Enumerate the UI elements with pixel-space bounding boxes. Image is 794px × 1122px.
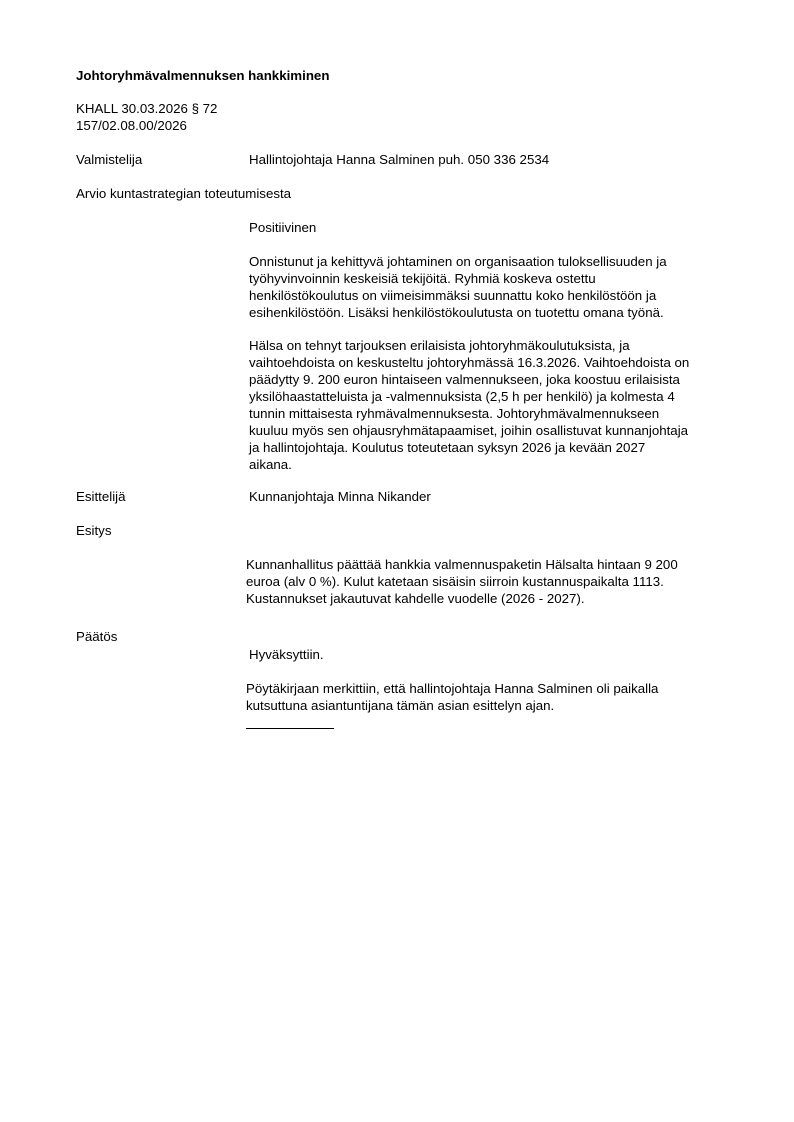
strategy-paragraph: Onnistunut ja kehittyvä johtaminen on or… bbox=[249, 253, 667, 321]
strategy-value: Positiivinen bbox=[249, 219, 316, 236]
meeting-reference: KHALL 30.03.2026 § 72 bbox=[76, 100, 217, 117]
paragraph-line: Hälsa on tehnyt tarjouksen erilaisista j… bbox=[249, 337, 689, 354]
paragraph-line: aikana. bbox=[249, 456, 689, 473]
paragraph-line: Onnistunut ja kehittyvä johtaminen on or… bbox=[249, 253, 667, 270]
decision-value: Hyväksyttiin. bbox=[249, 646, 324, 663]
presenter-label: Esittelijä bbox=[76, 488, 126, 505]
preparer-label: Valmistelija bbox=[76, 151, 142, 168]
paragraph-line: yksilöhaastatteluista ja -valmennuksista… bbox=[249, 388, 689, 405]
paragraph-line: ja hallintojohtaja. Koulutus toteutetaan… bbox=[249, 439, 689, 456]
paragraph-line: Pöytäkirjaan merkittiin, että hallintojo… bbox=[246, 680, 658, 697]
document-title: Johtoryhmävalmennuksen hankkiminen bbox=[76, 67, 329, 84]
presenter-value: Kunnanjohtaja Minna Nikander bbox=[249, 488, 431, 505]
paragraph-line: työhyvinvoinnin keskeisiä tekijöitä. Ryh… bbox=[249, 270, 667, 287]
proposal-paragraph: Kunnanhallitus päättää hankkia valmennus… bbox=[246, 556, 678, 607]
paragraph-line: esihenkilöstöön. Lisäksi henkilöstökoulu… bbox=[249, 304, 667, 321]
paragraph-line: henkilöstökoulutus on viimeisimmäksi suu… bbox=[249, 287, 667, 304]
proposal-label: Esitys bbox=[76, 522, 111, 539]
paragraph-line: tunnin mittaisesta ryhmävalmennuksesta. … bbox=[249, 405, 689, 422]
decision-label: Päätös bbox=[76, 628, 117, 645]
end-divider bbox=[246, 728, 334, 729]
background-paragraph: Hälsa on tehnyt tarjouksen erilaisista j… bbox=[249, 337, 689, 473]
preparer-value: Hallintojohtaja Hanna Salminen puh. 050 … bbox=[249, 151, 549, 168]
paragraph-line: kuuluu myös sen ohjausryhmätapaamiset, j… bbox=[249, 422, 689, 439]
decision-note: Pöytäkirjaan merkittiin, että hallintojo… bbox=[246, 680, 658, 714]
paragraph-line: kutsuttuna asiantuntijana tämän asian es… bbox=[246, 697, 658, 714]
paragraph-line: Kunnanhallitus päättää hankkia valmennus… bbox=[246, 556, 678, 573]
strategy-label: Arvio kuntastrategian toteutumisesta bbox=[76, 185, 291, 202]
paragraph-line: päädytty 9. 200 euron hintaiseen valmenn… bbox=[249, 371, 689, 388]
paragraph-line: Kustannukset jakautuvat kahdelle vuodell… bbox=[246, 590, 678, 607]
paragraph-line: euroa (alv 0 %). Kulut katetaan sisäisin… bbox=[246, 573, 678, 590]
case-number: 157/02.08.00/2026 bbox=[76, 117, 187, 134]
paragraph-line: vaihtoehdoista on keskusteltu johtoryhmä… bbox=[249, 354, 689, 371]
